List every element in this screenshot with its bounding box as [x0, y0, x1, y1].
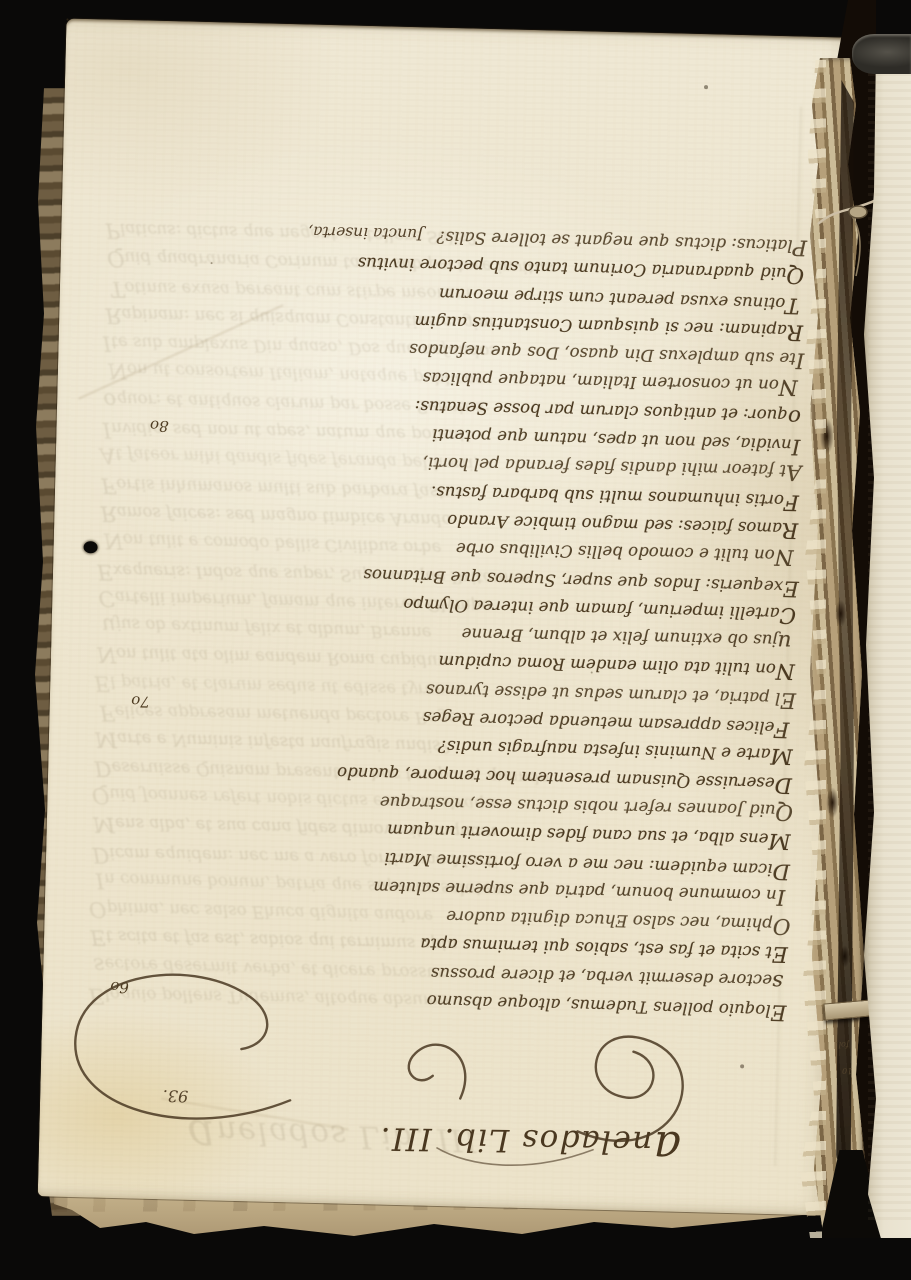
catchword: Juncta inserta,: [308, 222, 424, 243]
cover-edge-glimpse: [852, 34, 911, 74]
verse-number-70: 7o: [131, 692, 150, 710]
manuscript-content-upside-down: anelados Lib. III. 93. Eloquio pollens T…: [38, 19, 857, 1216]
photo-stage: anelados Lib. III. Eloquio pollens Tudem…: [0, 0, 911, 1280]
spine-fragment-text: fol.: [836, 1040, 849, 1049]
verse-number-60: 6o: [110, 978, 129, 996]
manuscript-page: anelados Lib. III. Eloquio pollens Tudem…: [38, 19, 857, 1216]
adjacent-page-texture: [868, 60, 911, 1220]
verse-number-80: 8o: [150, 417, 169, 435]
background-bottom-right: [700, 1238, 911, 1280]
folio-number: 93.: [163, 1086, 189, 1106]
manuscript-text-block: Eloquio pollens Tudemus, altoque absumos…: [182, 218, 805, 1025]
spine-fragment-text: 10: [842, 1066, 852, 1075]
running-title: anelados Lib. III.: [211, 1115, 682, 1176]
